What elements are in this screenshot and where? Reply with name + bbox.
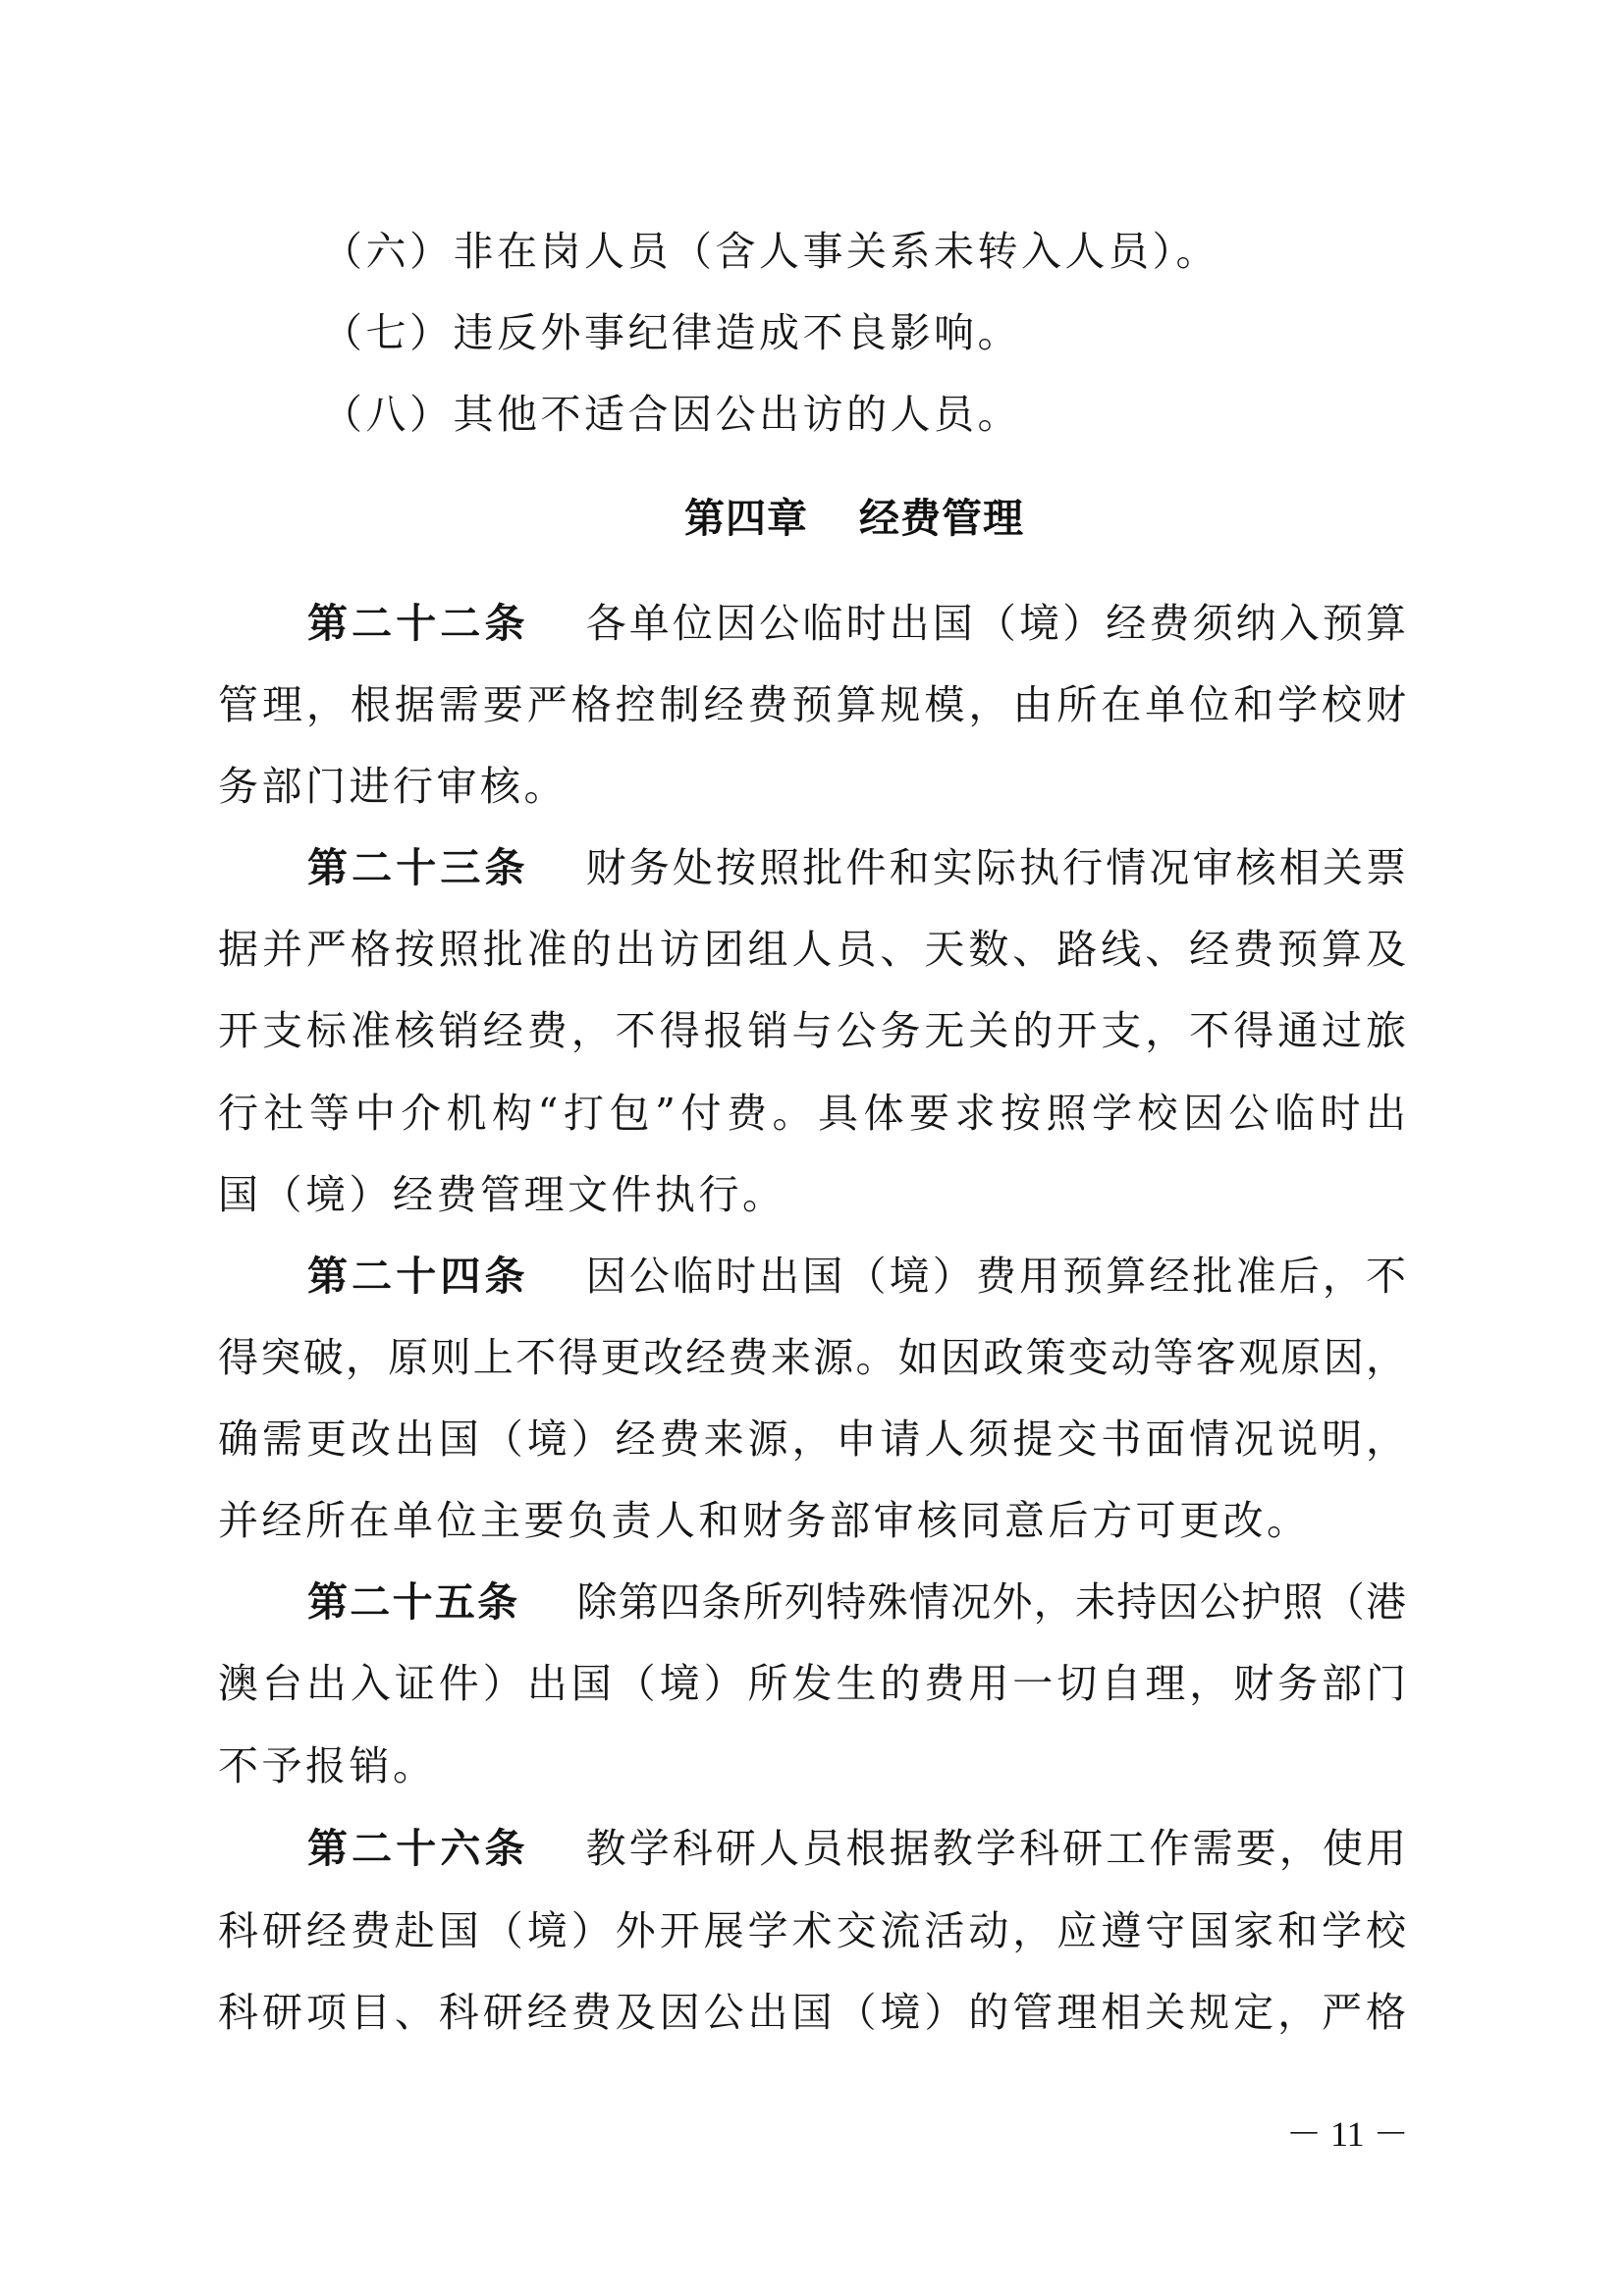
article-25-label: 第二十五条 [307, 1578, 519, 1626]
article-23-text: 财务处按照批件和实际执行情况审核相关票 [586, 844, 1406, 891]
list-item-8: （八）其他不适合因公出访的人员。 [322, 390, 1021, 439]
article-23-line-3: 开支标准核销经费，不得报销与公务无关的开支，不得通过旅 [218, 1006, 1406, 1055]
article-26-line-3: 科研项目、科研经费及因公出国（境）的管理相关规定，严格 [218, 1988, 1406, 2037]
article-22-text: 各单位因公临时出国（境）经费须纳入预算 [586, 600, 1406, 647]
chapter-title: 经费管理 [859, 495, 1024, 542]
article-22-line-1: 第二十二条各单位因公临时出国（境）经费须纳入预算 [307, 599, 1406, 648]
article-24-line-3: 确需更改出国（境）经费来源，申请人须提交书面情况说明， [218, 1415, 1406, 1464]
article-24-label: 第二十四条 [307, 1253, 529, 1300]
article-22-label: 第二十二条 [307, 600, 529, 647]
article-23-line-2: 据并严格按照批准的出访团组人员、天数、路线、经费预算及 [218, 925, 1406, 974]
article-25-line-1: 第二十五条除第四条所列特殊情况外，未持因公护照（港 [307, 1577, 1406, 1627]
article-26-text: 教学科研人员根据教学科研工作需要，使用 [586, 1825, 1406, 1872]
chapter-heading: 第四章经费管理 [684, 494, 1024, 543]
article-23-label: 第二十三条 [307, 844, 529, 891]
article-23-line-4: 行社等中介机构“打包”付费。具体要求按照学校因公临时出 [218, 1089, 1406, 1138]
article-24-line-2: 得突破，原则上不得更改经费来源。如因政策变动等客观原因， [218, 1333, 1406, 1382]
article-25-line-2: 澳台出入证件）出国（境）所发生的费用一切自理，财务部门 [218, 1659, 1406, 1708]
article-22-line-3: 务部门进行审核。 [218, 762, 1406, 811]
article-25-text: 除第四条所列特殊情况外，未持因公护照（港 [576, 1578, 1406, 1626]
article-26-line-2: 科研经费赴国（境）外开展学术交流活动，应遵守国家和学校 [218, 1906, 1406, 1955]
list-item-6: （六）非在岗人员（含人事关系未转入人员）。 [322, 227, 1219, 276]
article-23-line-1: 第二十三条财务处按照批件和实际执行情况审核相关票 [307, 843, 1406, 892]
document-page: （六）非在岗人员（含人事关系未转入人员）。 （七）违反外事纪律造成不良影响。 （… [0, 0, 1624, 2296]
page-number: － 11 － [1286, 2112, 1409, 2156]
article-24-line-1: 第二十四条因公临时出国（境）费用预算经批准后，不 [307, 1252, 1406, 1301]
article-25-line-3: 不予报销。 [218, 1741, 1406, 1790]
chapter-number: 第四章 [684, 495, 808, 542]
article-24-text: 因公临时出国（境）费用预算经批准后，不 [586, 1253, 1406, 1300]
article-26-line-1: 第二十六条教学科研人员根据教学科研工作需要，使用 [307, 1824, 1406, 1873]
list-item-7: （七）违反外事纪律造成不良影响。 [322, 308, 1021, 357]
article-23-line-5: 国（境）经费管理文件执行。 [218, 1170, 1406, 1219]
article-22-line-2: 管理，根据需要严格控制经费预算规模，由所在单位和学校财 [218, 680, 1406, 729]
article-26-label: 第二十六条 [307, 1825, 529, 1872]
article-24-line-4: 并经所在单位主要负责人和财务部审核同意后方可更改。 [218, 1496, 1406, 1545]
